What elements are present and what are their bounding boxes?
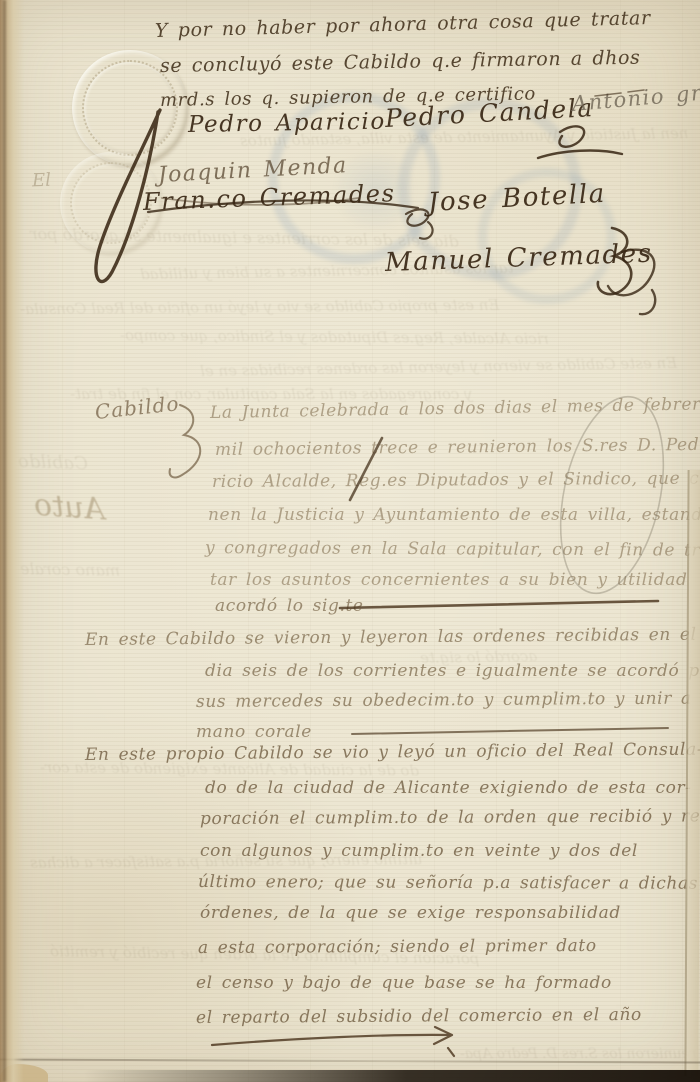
blue-stamp-bleedthrough [268,92,440,264]
auto-bleedthrough-note: Auto [33,488,106,528]
paragraph1-end-rule [340,601,658,608]
manuscript-page: nen la Justicia y Ayuntamiento de esta v… [0,0,700,1082]
bleedthrough-line: mano corale [20,559,120,580]
paragraph3-line: el reparto del subsidio del comercio en … [196,1005,642,1028]
paragraph2-line: dia seis de los corrientes e igualmente … [205,661,700,681]
botella-rubric-flourish [598,228,631,294]
next-page-right-edge [684,470,700,1076]
paragraph2-line: En este Cabildo se vieron y leyeron las … [85,625,697,650]
page-bottom-edge-line [0,1058,700,1063]
signature-joaquin-menda: Joaquin Menda [157,153,348,188]
signature-pedro-aparicio: Pedro Aparicio [188,109,386,138]
bleedthrough-line: mil ochocientos trece e reunieron los S.… [460,1046,700,1062]
blue-stamp-bleedthrough [478,168,616,304]
binding-edge [0,0,24,1082]
paragraph2-line: sus mercedes su obedecim.to y cumplim.to… [196,688,700,712]
signature-jose-botella: Jose Botella [427,179,606,218]
el-margin-note: El [32,170,52,192]
bleedthrough-line: En este propio Cabildo se vio y leyó un … [20,296,500,318]
bottom-dark-band [0,1070,700,1082]
margin-note-cabildo: Cabildo [94,391,181,424]
paragraph3-line: con algunos y cumplim.to en veinte y dos… [200,841,638,861]
paragraph1-line: acordó lo sig.te [215,596,364,616]
signature-pedro-candela: Pedro Candela [384,93,594,133]
bleedthrough-line: do de la ciudad de Alicante exigiendo de… [40,758,419,779]
closing-dashes [595,90,644,96]
manuel-rubric-flourish [608,250,655,314]
paragraph3-line: órdenes, de la que se exige responsabili… [200,903,621,923]
cremades-rubric-flourish [148,200,433,238]
bleedthrough-line: último enero; que su señoría p.a satisfa… [30,850,423,871]
signature-francisco-cremades: Fran.co Cremades [143,179,396,216]
ink-slash-mark [350,438,382,500]
arrow-flourish [212,1027,454,1056]
blue-stamp-bleedthrough [330,150,420,230]
signature-antonio-graphite: Antonio gra [571,79,700,116]
joaquin-underline-flourish [162,198,358,205]
bleedthrough-line: En este Cabildo se vieron y leyeron las … [200,354,677,380]
pencil-oval-mark [544,387,679,603]
candela-rubric-flourish [538,126,622,158]
paragraph3-line: poración el cumplim.to de la orden que r… [200,806,700,829]
paragraph1-line: nen la Justicia y Ayuntamiento de esta v… [208,505,700,525]
bleedthrough-line: ricio Alcalde, Reg.es Diputados y el Sin… [120,326,549,348]
closing-line-1: Y por no haber por ahora otra cosa que t… [155,7,651,42]
bleedthrough-line: nen la Justicia y Ayuntamiento de esta v… [240,124,689,150]
paragraph1-line: y congregados en la Sala capitular, con … [205,538,700,561]
bleedthrough-line: poración el cumplim.to de la orden que r… [50,942,480,967]
blue-stamp-bleedthrough [398,98,582,280]
paragraph1-line: mil ochocientos trece e reunieron los S.… [215,434,700,460]
paragraph3-line: último enero; que su señoría p.a satisfa… [198,872,698,894]
bleedthrough-line: acordó lo sig.te [420,647,538,667]
cabildo-brace-flourish [170,405,201,477]
paragraph3-line: a esta corporación; siendo el primer dat… [198,936,597,958]
paragraph1-line: tar los asuntos concernientes a su bien … [210,570,687,590]
paragraph3-line: En este propio Cabildo se vio y leyó un … [85,740,700,765]
closing-line-3: mrd.s los q. supieron de q.e certifico [160,83,536,111]
paragraph1-line: La Junta celebrada a los dos dias el mes… [210,394,700,423]
embossed-seal-second [60,152,162,254]
signature-manuel-cremades: Manuel Cremades [384,239,653,278]
bleedthrough-line: tar los asuntos concernientes a su bien … [140,259,514,284]
bleedthrough-line: y congregados en la Sala capitular, con … [70,385,473,403]
bleedthrough-line: Cabildo [18,451,89,474]
paragraph1-line: ricio Alcalde, Reg.es Diputados y el Sin… [212,468,700,492]
paragraph2-end-rule [352,728,668,734]
closing-line-2: se concluyó este Cabildo q.e firmaron a … [160,47,641,77]
paragraph3-line: do de la ciudad de Alicante exigiendo de… [205,778,692,798]
paragraph3-line: el censo y bajo de que base se ha formad… [196,973,612,993]
embossed-seal [72,50,188,166]
paragraph2-line: mano corale [196,722,312,742]
